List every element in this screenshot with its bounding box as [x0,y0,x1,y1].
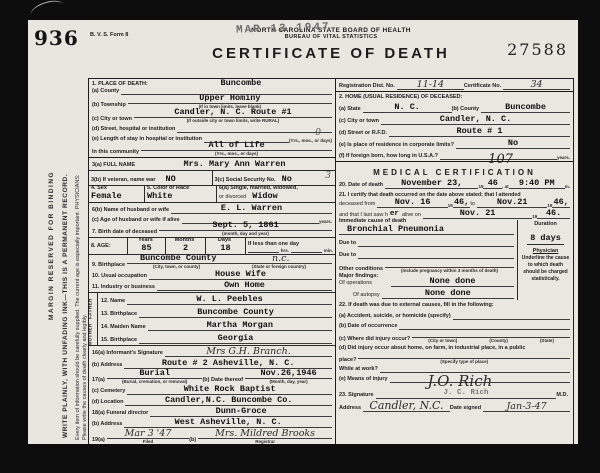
due-to-2-label: Due to [339,252,358,259]
field-informant-signature: 16(a) Informant's Signature Mrs G.H. Bra… [89,345,335,358]
age-min-label: min. [324,248,333,253]
township-label: (b) Township [92,102,128,109]
field-mother-maiden-name: 14. Maiden Name Martha Morgan [98,319,335,332]
operations-label: Of operations [339,280,391,287]
field-full-name: 3(a) FULL NAME Mrs. Mary Ann Warren [89,158,335,171]
burial-label: 17(a) [92,377,107,384]
mother-maiden-value: Martha Morgan [148,321,332,331]
autopsy-value: None done [382,289,514,299]
informant-address-label: (b) Address [92,362,124,369]
attended-from-value: Nov. 16 [377,198,447,208]
parents-section: FATHER 12. Name W. L. Peebles 13. Birthp… [89,292,335,319]
cause-of-death-block: Immediate cause of death Bronchial Pneum… [336,220,573,300]
community-label: In this community [92,149,141,156]
md-suffix: M.D. [556,392,570,399]
medical-certification-header: 107 MEDICAL CERTIFICATION [336,162,573,177]
field-ssn: 3(c) Social Security No. No 3 [212,171,336,185]
field-home-city: (c) City or town Candler, N. C. [336,114,573,126]
medical-certification-title: MEDICAL CERTIFICATION [336,162,573,177]
filed-label: 19(a) [92,437,107,444]
county-value: Buncombe [150,79,332,88]
field-physician-signature: 23. Signature J. C. Rich J.O. Rich M.D. [336,384,573,400]
birthdate-note: (month, day and year) [159,231,332,236]
registration-district-value: 11-14 [397,80,464,91]
field-birthplace: 9. Birthplace Buncombe County n.c. (City… [89,255,335,270]
accident-label: (a) Accident, suicide, or homicide (spec… [339,313,453,320]
certificate-columns: 1. PLACE OF DEATH: Buncombe (a) County (… [88,78,574,444]
attended-from-label: deceased from [339,201,377,208]
certificate-number-value: 34 [503,80,570,91]
community-note: (Yrs., mos., or days) [141,151,332,156]
occupation-value: House Wife [149,270,332,280]
home-county-value: Buncombe [481,103,570,113]
full-name-value: Mrs. Mary Ann Warren [137,160,332,169]
field-veteran: 3(b) If veteran, name war NO [89,171,212,185]
industry-value: Own Home [157,281,332,291]
field-operations: Major findings: Of operations None done [336,274,517,288]
street-label: (d) Street, hospital or institution [92,126,177,133]
date-signed-value: Jan-3-47 [483,402,570,413]
field-corporate-limits: (e) Is place of residence in corporate l… [336,138,573,150]
attended-to-label: to [470,201,477,208]
physician-signature-typed: J. C. Rich [443,389,488,397]
where-injury-label: (c) Where did injury occur? [339,336,412,343]
age-label-cell: 8. AGE: [89,238,127,254]
birthdate-value: Sept. 5, 1861 [159,221,332,231]
home-street-value: Route # 1 [389,127,570,137]
field-foreign-born: (f) If foreign born, how long in U.S.A.?… [336,150,573,162]
field-race: 5. Color or Race White [144,186,216,202]
race-value: White [147,192,214,201]
cemetery-value: White Rock Baptist [127,385,332,395]
father-name-value: W. L. Peebles [127,295,332,305]
registrar-by-label: (b) [189,437,198,444]
other-conditions-note: (Include pregnancy within 3 months of de… [385,268,514,273]
field-age-years: Years 85 [127,238,165,254]
registration-district-label: Registration Dist. No. [339,83,397,90]
row-sex-race-marital: 4. Sex Female 5. Color or Race White 6(a… [89,186,335,203]
right-column: Registration Dist. No. 11-14 Certificate… [336,79,573,444]
field-immediate-cause: Immediate cause of death Bronchial Pneum… [336,220,517,236]
field-physician-address-date: Address Candler, N.C. Date signed Jan-3-… [336,400,573,413]
field-injury-place-line1: (d) Did injury occur about home, on farm… [336,344,573,353]
field-age-less-than-day: If less than one day hrs. min. [245,238,335,254]
other-conditions-label: Other conditions [339,266,385,273]
field-mother-birthplace: 15. Birthplace Georgia [98,332,335,345]
field-other-conditions: Other conditions (Include pregnancy with… [336,260,517,274]
right-column-filler [336,413,573,444]
birthplace-label: 9. Birthplace [92,262,127,269]
date-of-death-year: 46 [483,179,502,189]
physician-signature-script: J.O. Rich [428,374,493,389]
township-value: Upper Hominy [128,94,332,104]
due-to-1-label: Due to [339,240,358,247]
age-label: 8. AGE: [91,243,125,250]
cemetery-label: (c) Cemetery [92,388,127,395]
certificate-header: B. V. S. Form 8 NORTH CAROLINA STATE BOA… [88,24,574,78]
home-street-label: (d) Street or R.F.D. [339,130,389,137]
city-value: Candler, N. C. Route #1 [134,108,332,118]
burial-date-label: (b) Date thereof [202,377,245,384]
margin-supply-note: Every item of information should be care… [75,174,81,440]
mother-maiden-label: 14. Maiden Name [101,324,148,331]
field-due-to-2: Due to [336,248,517,260]
burial-date-value: Nov.26,1946 [245,369,332,379]
field-cemetery-location: (d) Location Candler,N.C. Buncombe Co. [89,396,335,407]
age-days-value: 18 [208,244,243,253]
cause-fields: Immediate cause of death Bronchial Pneum… [336,220,517,300]
field-age-months: Months 2 [165,238,205,254]
community-value: All of Life [141,141,332,151]
duration-value: 8 days [527,234,564,245]
date-signed-label: Date signed [450,405,483,412]
age-months-value: 2 [168,244,203,253]
mother-section: MOTHER 14. Maiden Name Martha Morgan 15.… [89,319,335,345]
home-section-title: 2. HOME (USUAL RESIDENCE) OF DECEASED: [339,94,464,101]
field-sex: 4. Sex Female [89,186,144,202]
physician-note-text: Underline the cause to which death shoul… [519,254,572,283]
father-name-label: 12. Name [101,298,127,305]
foreign-born-note: years. [557,155,570,160]
home-county-label: (b) County [452,106,482,113]
field-city-or-town: (c) City or town Candler, N. C. Route #1… [89,110,335,124]
home-city-value: Candler, N. C. [381,115,570,125]
burial-value: Burial [107,369,203,379]
place-of-death-label: 1. PLACE OF DEATH: [92,81,150,88]
sex-value: Female [91,192,142,201]
field-spouse-name: 6(b) Name of husband or wife E. L. Warre… [89,203,335,215]
last-saw-year: 46. [537,209,570,219]
field-due-to-1: Due to [336,236,517,248]
field-autopsy: Of autopsy None done [336,288,517,300]
injury-place-label: (d) Did injury occur about home, on farm… [339,345,527,352]
operations-value: None done [391,277,514,287]
certificate-title: CERTIFICATE OF DEATH [88,45,574,62]
field-age-days: Days 18 [205,238,245,254]
funeral-director-label: 18(a) Funeral director [92,410,150,417]
field-filed-registrar: 19(a) Mar 3 '47 Filed (b) Mrs. Mildred B… [89,429,335,444]
birthplace-value: Buncombe County [127,254,230,264]
foreign-born-label: (f) If foreign born, how long in U.S.A.? [339,153,440,160]
field-registration-district: Registration Dist. No. 11-14 Certificate… [336,79,573,92]
corporate-limits-label: (e) Is place of residence in corporate l… [339,142,456,149]
bureau-name: BUREAU OF VITAL STATISTICS [88,34,574,40]
date-of-death-label: 20. Date of death [339,182,385,189]
immediate-cause-value: Bronchial Pneumonia [339,225,514,235]
mother-birthplace-value: Georgia [139,334,332,344]
certificate-number-label: Certificate No. [464,83,503,90]
birthplace-note1: (City, town, or county) [153,264,200,269]
field-injury-place-line2: place? (Specify type of place) [336,353,573,365]
board-name: NORTH CAROLINA STATE BOARD OF HEALTH BUR… [88,27,574,40]
industry-label: 11. Industry or business [92,284,157,291]
major-findings-label: Major findings: [339,273,391,280]
field-home-state-county: (a) State N. C. (b) County Buncombe [336,102,573,114]
birthdate-label: 7. Birth date of deceased [92,229,159,236]
photostat-background: 936 MARGIN RESERVED FOR BINDING WRITE PL… [0,0,600,473]
veteran-value: NO [166,175,176,184]
filed-note: Filed [107,439,189,444]
external-causes-title: 22. If death was due to external causes,… [339,302,496,309]
cemetery-location-label: (d) Location [92,399,125,406]
left-column: 1. PLACE OF DEATH: Buncombe (a) County (… [89,79,336,444]
where-note-city: (City or town) [428,338,457,343]
injury-place-note: (Specify type of place) [358,359,570,364]
attended-from-year: 46, [453,198,471,208]
field-accident-suicide-homicide: (a) Accident, suicide, or homicide (spec… [336,310,573,321]
field-date-of-death: 20. Date of death November 23, 19 46 , a… [336,177,573,190]
field-occupation: 10. Usual occupation House Wife [89,270,335,281]
field-in-this-community: In this community All of Life (Yrs., mos… [89,144,335,158]
date-of-death-m: m. [565,184,570,189]
field-date-of-occurrence: (b) Date of occurrence [336,321,573,331]
spouse-value: E. L. Warren [171,204,332,214]
physician-address-value: Candler, N.C. [363,400,450,412]
field-father-name: 12. Name W. L. Peebles [98,293,335,306]
duration-label: Duration [519,221,572,227]
row-veteran-ssn: 3(b) If veteran, name war NO 3(c) Social… [89,171,335,186]
home-state-value: N. C. [363,103,452,113]
funeral-director-value: Dunn-Groce [150,407,332,417]
external-causes-title-row: 22. If death was due to external causes,… [336,300,573,310]
mother-birthplace-label: 15. Birthplace [101,337,139,344]
where-note-state: (State) [540,338,554,343]
field-where-injury: (c) Where did injury occur? (City or tow… [336,331,573,344]
ssn-value: No [282,175,292,184]
home-state-label: (a) State [339,106,363,113]
page-number: 936 [34,26,79,50]
cemetery-location-value: Candler,N.C. Buncombe Co. [125,396,332,406]
where-note-county: (County) [489,338,508,343]
occurrence-date-label: (b) Date of occurrence [339,323,399,330]
funeral-director-address-value: West Asheville, N. C. [124,418,332,428]
father-birthplace-value: Buncombe County [139,308,332,318]
veteran-label: 3(b) If veteran, name war [91,177,158,184]
date-of-death-value: November 23, [385,179,478,189]
funeral-director-address-label: (b) Address [92,421,124,428]
ssn-label: 3(c) Social Security No. [215,177,278,184]
attended-to-value: Nov.21 [477,198,547,208]
field-burial-and-date: 17(a) Burial (Burial, cremation, or remo… [89,370,335,385]
birthplace-handwritten-state: n.c. [230,254,333,265]
city-note: (If outside city or town limits, write R… [134,118,332,123]
margin-binding-note: MARGIN RESERVED FOR BINDING [48,171,55,320]
margin-ink-note: WRITE PLAINLY, WITH UNFADING INK—THIS IS… [62,174,69,438]
field-street-hospital: (d) Street, hospital or institution 0 [89,124,335,134]
filed-date-value: Mar 3 '47 [107,429,189,440]
marital-value: Widow [252,192,278,201]
certificate-body: B. V. S. Form 8 NORTH CAROLINA STATE BOA… [88,24,574,440]
field-marital-status: 6(a) Single, married, widowed, or divorc… [216,186,335,202]
field-father-birthplace: 13. Birthplace Buncombe County [98,306,335,319]
certificate-serial-number: 27588 [507,40,568,59]
age-years-value: 85 [130,244,163,253]
mother-fields: 14. Maiden Name Martha Morgan 15. Birthp… [98,319,335,345]
informant-signature-value: Mrs G.H. Branch. [165,347,332,358]
registrar-signature-value: Mrs. Mildred Brooks [198,429,332,440]
field-attended-from-to: deceased from Nov. 16 19 46, to Nov.21 1… [336,198,573,209]
field-industry: 11. Industry or business Own Home [89,281,335,292]
physician-signature-label: 23. Signature [339,392,376,399]
time-of-death-value: 9:40 PM [509,179,565,189]
father-side-label: FATHER [89,293,98,319]
attended-to-year: 46, [552,198,570,208]
duration-physician-box: Duration 8 days Physician Underline the … [517,220,573,300]
death-certificate-document: 936 MARGIN RESERVED FOR BINDING WRITE PL… [28,20,578,444]
city-label: (c) City or town [92,116,134,123]
ssn-scribble: 3 [325,171,331,181]
age-less-label: If less than one day [248,241,333,248]
injury-place-label2: place? [339,357,358,364]
corporate-limits-value: No [456,139,570,149]
informant-signature-label: 16(a) Informant's Signature [92,350,165,357]
marital-label2: or divorced [219,194,248,201]
occupation-label: 10. Usual occupation [92,273,149,280]
full-name-label: 3(a) FULL NAME [92,162,137,169]
father-fields: 12. Name W. L. Peebles 13. Birthplace Bu… [98,293,335,319]
field-home-street: (d) Street or R.F.D. Route # 1 [336,126,573,138]
field-birth-date: 7. Birth date of deceased Sept. 5, 1861 … [89,225,335,238]
autopsy-label: Of autopsy [353,292,382,299]
handwritten-number-107: 107 [488,152,513,167]
home-city-label: (c) City or town [339,118,381,125]
registrar-note: Registrar [198,439,332,444]
while-at-work-label: While at work? [339,366,380,373]
county-label: (a) County [92,88,121,95]
spouse-label: 6(b) Name of husband or wife [92,207,171,214]
board-name-line: NORTH CAROLINA STATE BOARD OF HEALTH [88,27,574,34]
physician-address-label: Address [339,405,363,412]
home-section-title-row: 2. HOME (USUAL RESIDENCE) OF DECEASED: [336,92,573,102]
father-birthplace-label: 13. Birthplace [101,311,139,318]
mother-side-label: MOTHER [89,319,98,345]
